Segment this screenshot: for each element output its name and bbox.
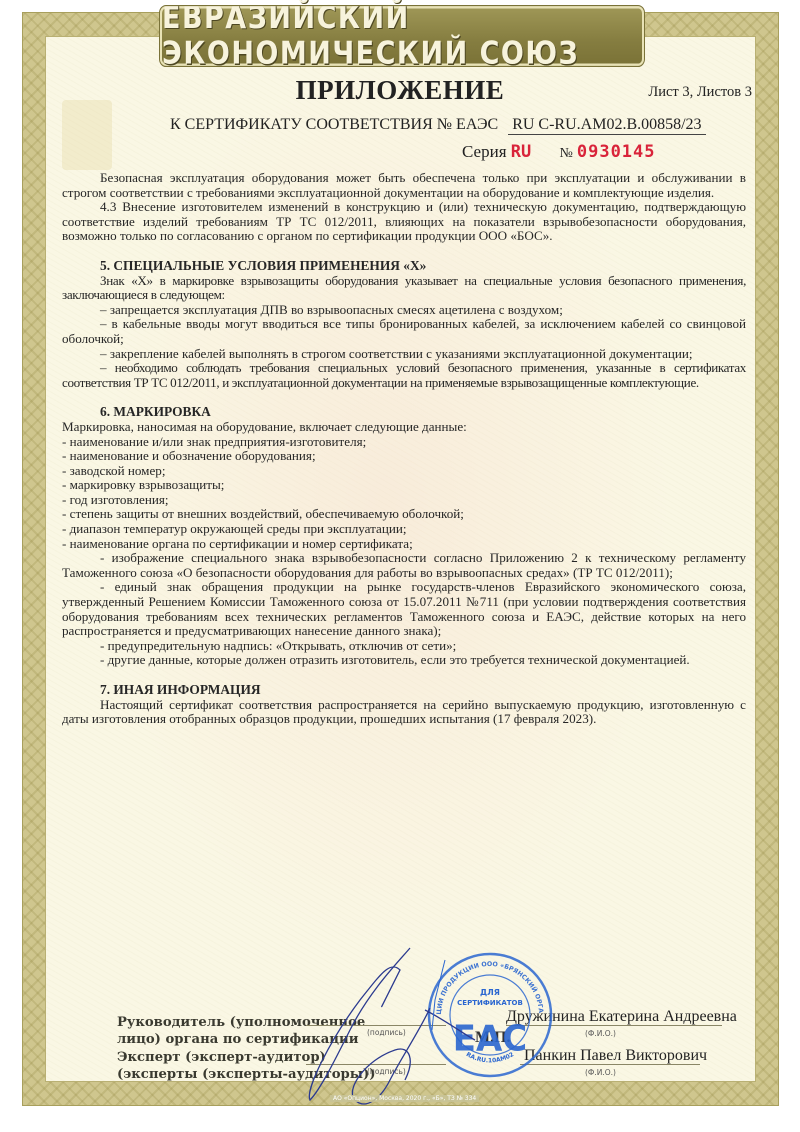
series-line: Серия RU №0930145: [462, 142, 656, 162]
list-item: - наименование и/или знак предприятия-из…: [62, 435, 746, 450]
certificate-number: RU C-RU.AM02.B.00858/23: [508, 116, 705, 135]
section-heading: 6. МАРКИРОВКА: [62, 405, 746, 420]
printer-imprint: АО «Опцион», Москва, 2020 г., «Б», ТЗ № …: [330, 1095, 479, 1102]
paragraph: Безопасная эксплуатация оборудования мож…: [62, 171, 746, 200]
paragraph: Маркировка, наносимая на оборудование, в…: [62, 420, 746, 435]
paragraph: Знак «Х» в маркировке взрывозащиты обору…: [62, 274, 746, 303]
series-label: Серия: [462, 142, 507, 161]
paragraph: 4.3 Внесение изготовителем изменений в к…: [62, 200, 746, 244]
list-item: – в кабельные вводы могут вводиться все …: [62, 317, 746, 346]
list-item: - другие данные, которые должен отразить…: [62, 653, 746, 668]
list-item: - наименование органа по сертификации и …: [62, 537, 746, 552]
section-heading: 5. СПЕЦИАЛЬНЫЕ УСЛОВИЯ ПРИМЕНЕНИЯ «Х»: [62, 259, 746, 274]
serial-number: 0930145: [577, 142, 656, 162]
section-heading: 7. ИНАЯ ИНФОРМАЦИЯ: [62, 683, 746, 698]
list-item: - диапазон температур окружающей среды п…: [62, 522, 746, 537]
document-body: Безопасная эксплуатация оборудования мож…: [62, 171, 746, 727]
watermark-patch: [62, 100, 112, 170]
sheet-counter: Лист 3, Листов 3: [648, 84, 752, 101]
list-item: - наименование и обозначение оборудовани…: [62, 449, 746, 464]
list-item: - маркировку взрывозащиты;: [62, 478, 746, 493]
list-item: - год изготовления;: [62, 493, 746, 508]
union-banner: ЕВРАЗИЙСКИЙ ЭКОНОМИЧЕСКИЙ СОЮЗ: [160, 6, 644, 66]
fio-caption: (Ф.И.О.): [585, 1029, 616, 1038]
list-item: - предупредительную надпись: «Открывать,…: [62, 639, 746, 654]
paragraph: Настоящий сертификат соответствия распро…: [62, 698, 746, 727]
list-item: – закрепление кабелей выполнять в строго…: [62, 347, 746, 362]
list-item: – необходимо соблюдать требования специа…: [62, 361, 746, 390]
fio-caption: (Ф.И.О.): [585, 1068, 616, 1077]
list-item: - заводской номер;: [62, 464, 746, 479]
series-value: RU: [511, 142, 531, 162]
svg-text:ДЛЯ: ДЛЯ: [480, 988, 500, 997]
certificate-label: К СЕРТИФИКАТУ СООТВЕТСТВИЯ № ЕАЭС: [170, 116, 498, 133]
list-item: – запрещается эксплуатация ДПВ во взрыво…: [62, 303, 746, 318]
list-item: - изображение специального знака взрывоб…: [62, 551, 746, 580]
list-item: - единый знак обращения продукции на рын…: [62, 580, 746, 638]
certificate-reference: К СЕРТИФИКАТУ СООТВЕТСТВИЯ № ЕАЭСRU C-RU…: [170, 116, 706, 134]
number-label: №: [560, 146, 573, 161]
list-item: - степень защиты от внешних воздействий,…: [62, 507, 746, 522]
signature-icon: [250, 940, 480, 1110]
